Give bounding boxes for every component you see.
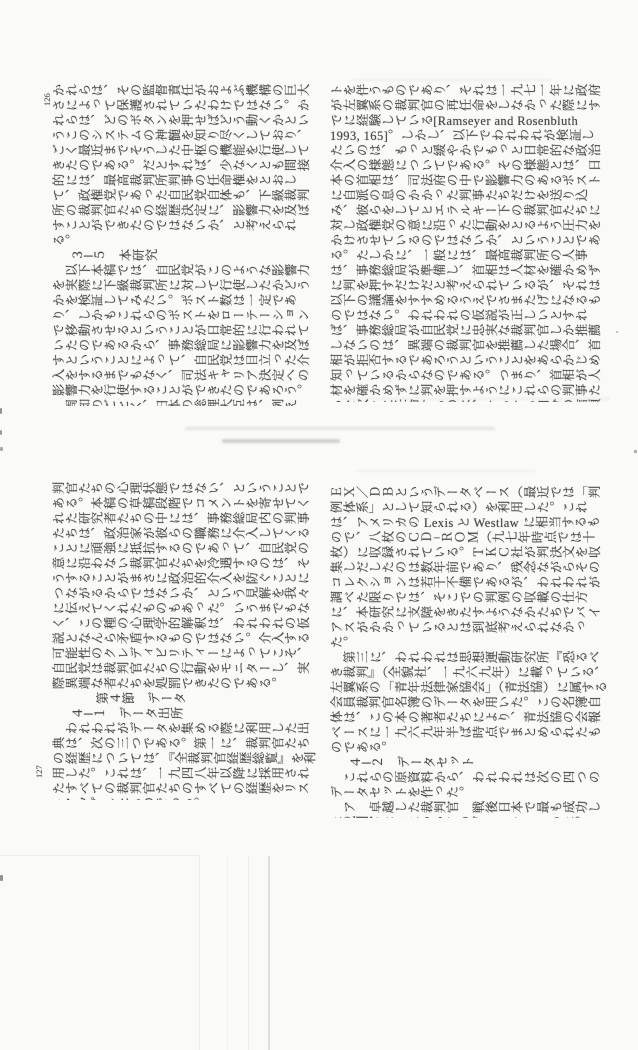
scanned-book-spread: 126 127 かれらは、その監督責任がおよぶ機構の巨大さによって保護されていた… bbox=[0, 0, 638, 1050]
ghost-streak bbox=[222, 439, 340, 443]
edge-mark bbox=[0, 430, 2, 435]
ghost-streak bbox=[352, 79, 552, 81]
edge-mark bbox=[0, 447, 3, 451]
subsection-heading-4-2: ４─２ データセット bbox=[330, 756, 610, 771]
paper-crease bbox=[227, 856, 228, 1050]
section-heading-3-5: ３─５ 本研究 bbox=[52, 249, 322, 264]
paragraph: これらの原資料から、われわれは次の四つのデータセットを作った。 bbox=[330, 771, 610, 801]
edge-mark bbox=[616, 331, 618, 333]
section-heading-data: 第４節 データ bbox=[52, 692, 322, 707]
page-126-upper-tier: かれらは、その監督責任がおよぶ機構の巨大さによって保護されていたわけではない。か… bbox=[52, 84, 322, 406]
page-126-lower-tier: トを伴うものであり、それは一九七一年に政府が左翼系の裁判官の再任命をしなかった際… bbox=[330, 84, 606, 402]
page-127-lower-tier: ＥＸ／ＤＢというデータベース（最近では「判例体系」として知られる）を利用した。こ… bbox=[330, 486, 610, 818]
paper-crease bbox=[268, 856, 270, 1050]
subsection-heading-4-1: ４─１ データ出所 bbox=[52, 707, 322, 722]
paragraph: 第三に、われわれは思想運動研究所『恐るべき裁判』（全貌社、一九六九年）に載ってい… bbox=[330, 651, 610, 756]
paragraph: ＥＸ／ＤＢというデータベース（最近では「判例体系」として知られる）を利用した。こ… bbox=[330, 486, 610, 651]
page-number-127: 127 bbox=[34, 762, 50, 778]
page-127-upper-tier: 判官たちの心理状態ではない、ということである。本稿の草稿段階でコメントを寄せてく… bbox=[52, 482, 322, 800]
paper-crease bbox=[0, 855, 200, 856]
edge-mark bbox=[0, 875, 3, 881]
paragraph-with-citation: トを伴うものであり、それは一九七一年に政府が左翼系の裁判官の再任命をしなかった際… bbox=[330, 84, 606, 402]
paragraph: ア 卓越した裁判官 戦後日本で最も成功した裁判官たちについてのデータをまとめた。… bbox=[330, 801, 610, 818]
edge-mark bbox=[634, 450, 637, 453]
paragraph: われわれがデータを集める際に利用した出典は、次の三つである。第一に、裁判官たちの… bbox=[52, 722, 322, 800]
paragraph: かれらは、その監督責任がおよぶ機構の巨大さによって保護されていたわけではない。か… bbox=[52, 84, 322, 249]
ghost-streak bbox=[185, 427, 495, 430]
paper-crease bbox=[248, 856, 249, 1050]
paragraph: 以下本稿では、自民党がこのような影響力を実際に下級裁判所に対して行使したかどうか… bbox=[52, 264, 322, 399]
paper-crease bbox=[199, 856, 200, 1050]
ghost-streak bbox=[340, 398, 610, 400]
edge-mark bbox=[0, 408, 2, 414]
ghost-streak bbox=[356, 470, 536, 472]
paragraph: 周知のごとく、日本の総理大臣は、例えば、政治的理由を根拠に現職の裁判官の再任を拒… bbox=[52, 399, 322, 406]
paragraph: 判官たちの心理状態ではない、ということである。本稿の草稿段階でコメントを寄せてく… bbox=[52, 482, 322, 692]
